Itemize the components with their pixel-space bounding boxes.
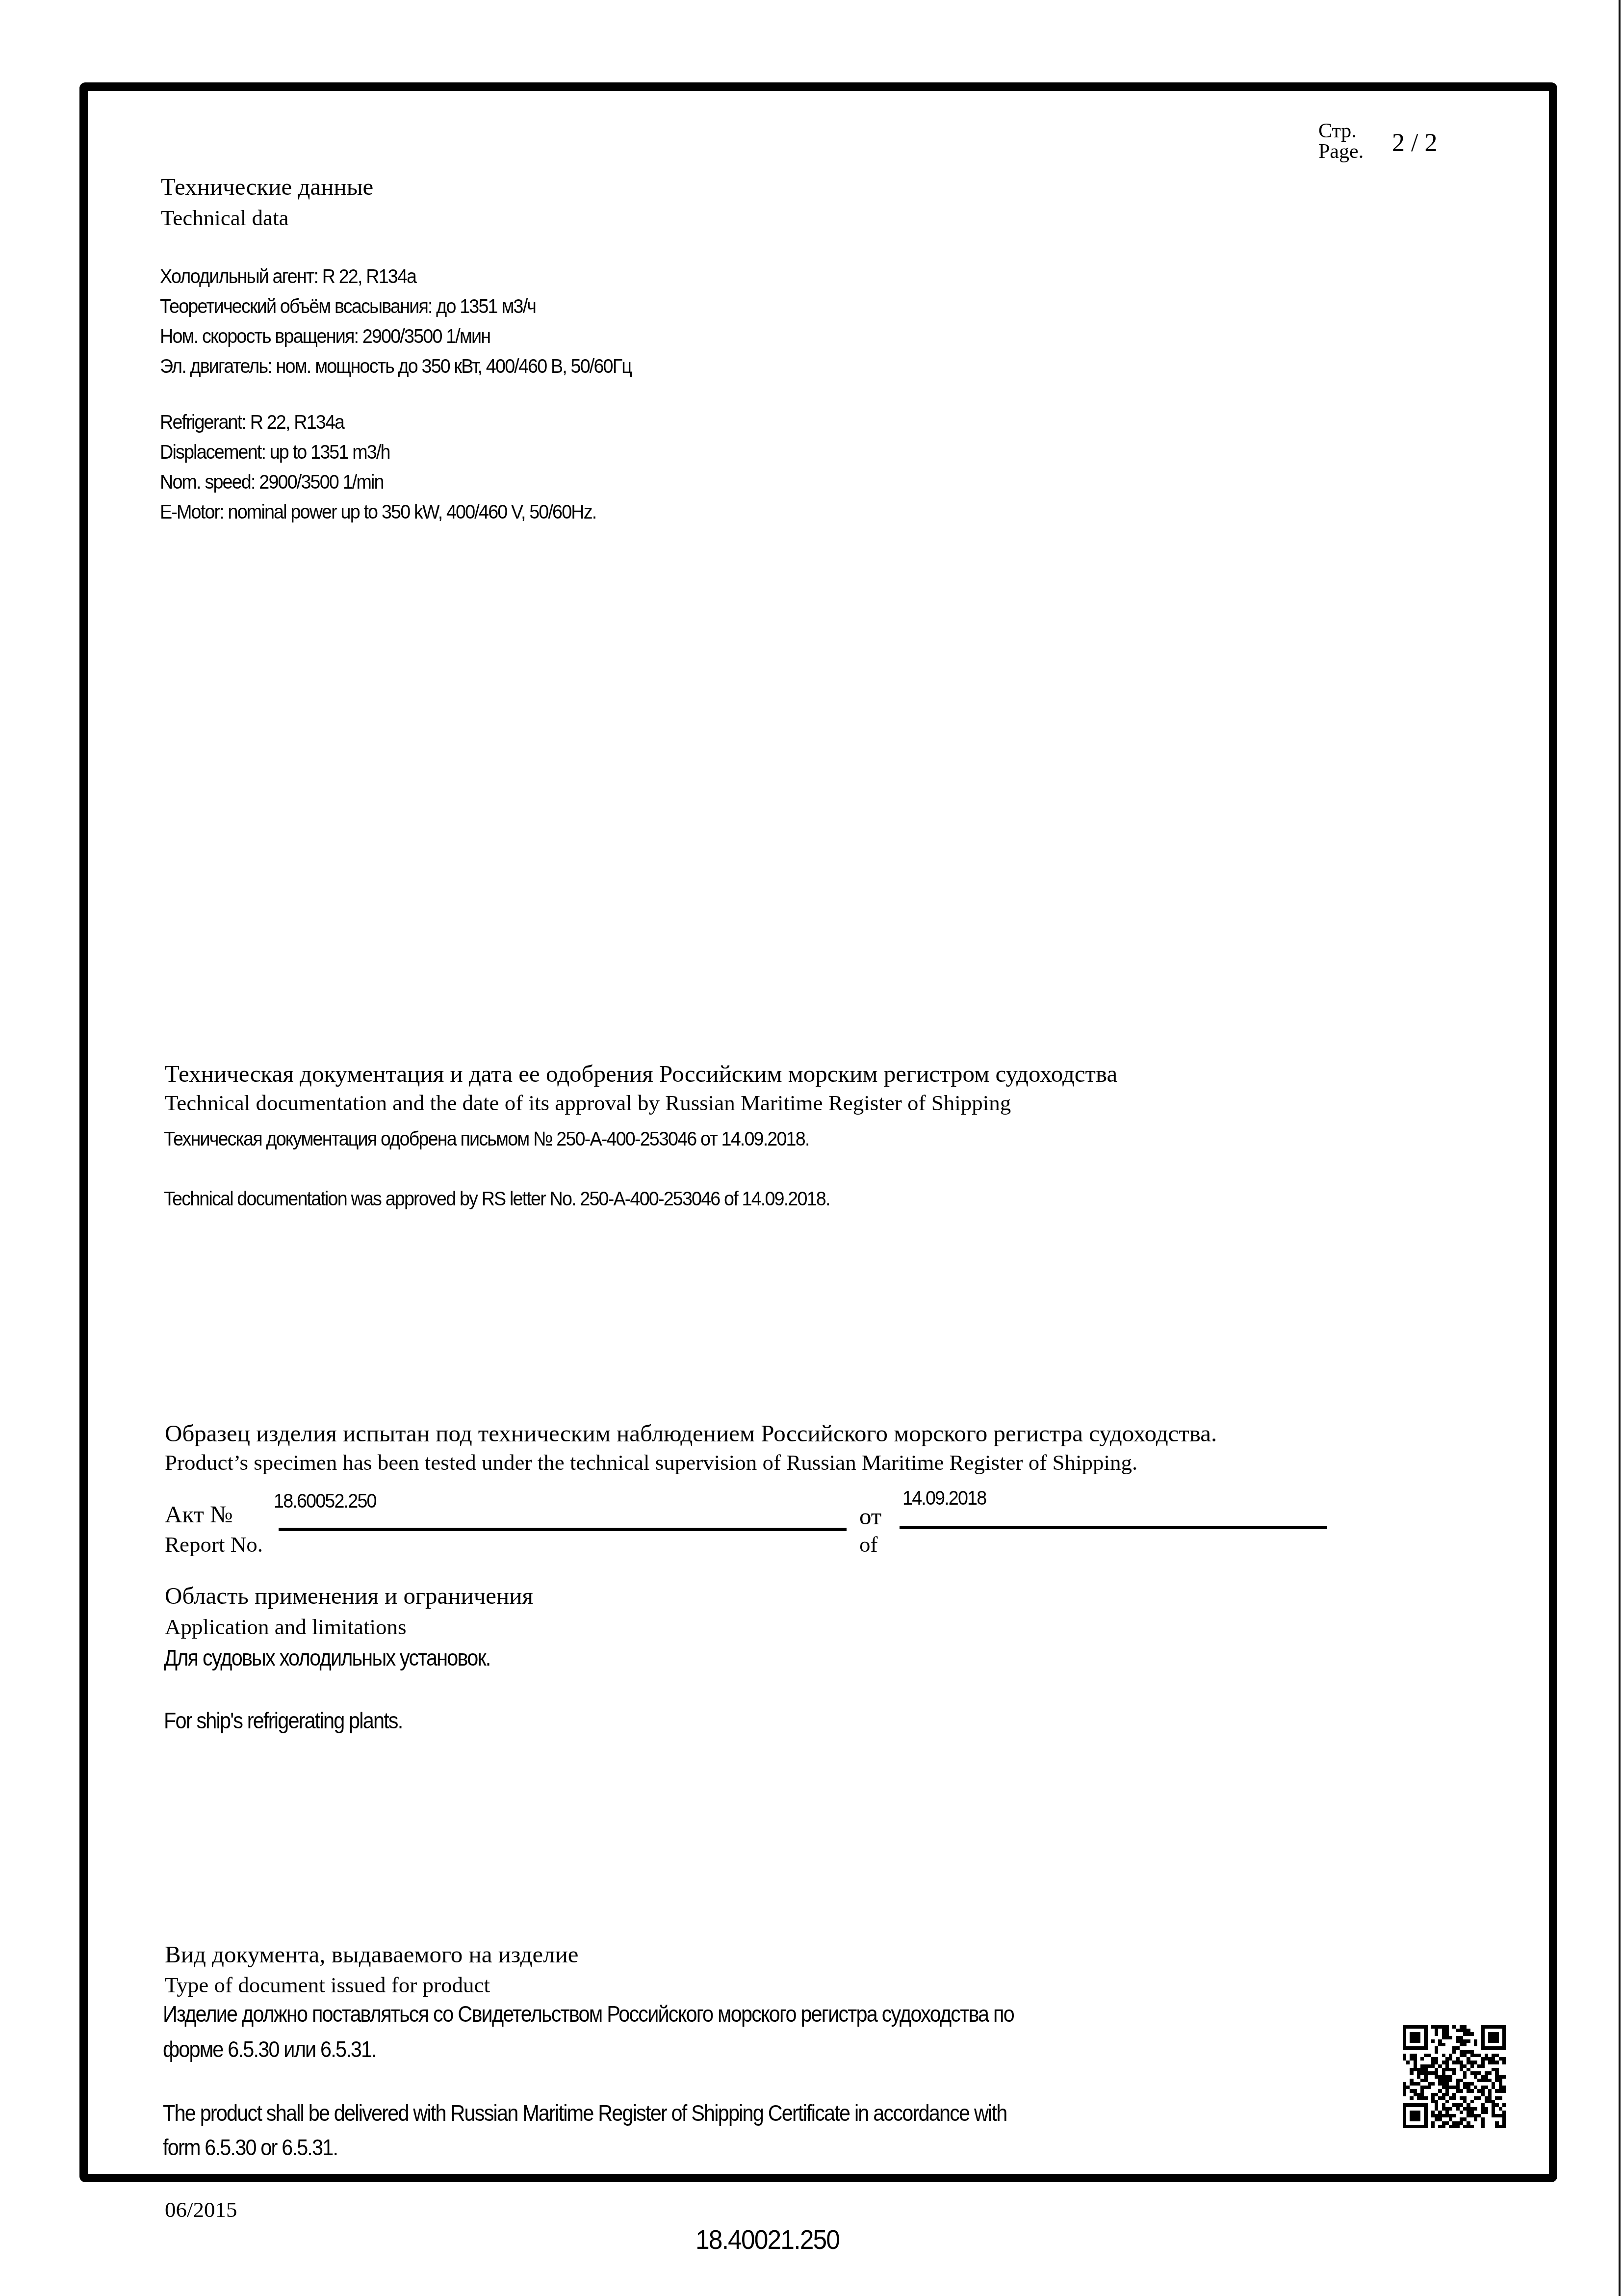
scan-edge-line [1619, 0, 1621, 2296]
documentation-title-ru: Техническая документация и дата ее одобр… [165, 1060, 1117, 1088]
spec-displacement-en: Displacement: up to 1351 m3/h [160, 437, 596, 467]
application-title-ru: Область применения и ограничения [165, 1582, 533, 1610]
report-label-en: Report No. [165, 1532, 263, 1557]
of-label-ru: от [859, 1502, 881, 1530]
qr-code-icon [1403, 2025, 1506, 2128]
application-value-ru: Для судовых холодильных установок. [164, 1644, 490, 1671]
documentation-value-en: Technical documentation was approved by … [164, 1187, 830, 1210]
document-number: 18.40021.250 [695, 2223, 839, 2255]
report-date: 14.09.2018 [902, 1487, 986, 1510]
document-type-value-en-line2: form 6.5.30 or 6.5.31. [163, 2134, 337, 2161]
document-type-title-ru: Вид документа, выдаваемого на изделие [165, 1940, 579, 1968]
spec-motor-ru: Эл. двигатель: ном. мощность до 350 кВт,… [160, 351, 631, 381]
documentation-value-ru: Техническая документация одобрена письмо… [164, 1127, 809, 1150]
report-label-ru: Акт № [165, 1500, 233, 1528]
spec-motor-en: E-Motor: nominal power up to 350 kW, 400… [160, 497, 596, 527]
application-value-en: For ship's refrigerating plants. [164, 1707, 402, 1734]
documentation-title-en: Technical documentation and the date of … [165, 1090, 1011, 1116]
report-number-underline [279, 1528, 847, 1531]
spec-refrigerant-ru: Холодильный агент: R 22, R134a [160, 261, 631, 291]
report-number: 18.60052.250 [274, 1489, 376, 1513]
document-type-title-en: Type of document issued for product [165, 1972, 490, 1998]
technical-data-title-en: Technical data [161, 205, 288, 231]
of-label-en: of [859, 1532, 878, 1557]
specimen-title-ru: Образец изделия испытан под техническим … [165, 1419, 1217, 1447]
technical-data-list-ru: Холодильный агент: R 22, R134a Теоретиче… [160, 261, 631, 381]
application-title-en: Application and limitations [165, 1614, 406, 1640]
spec-speed-en: Nom. speed: 2900/3500 1/min [160, 467, 596, 497]
spec-displacement-ru: Теоретический объём всасывания: до 1351 … [160, 291, 631, 321]
technical-data-list-en: Refrigerant: R 22, R134a Displacement: u… [160, 407, 596, 527]
document-type-value-en-line1: The product shall be delivered with Russ… [163, 2100, 1006, 2126]
technical-data-title-ru: Технические данные [161, 173, 373, 201]
report-date-underline [900, 1526, 1327, 1529]
form-date: 06/2015 [165, 2197, 237, 2222]
page-label: Стр. Page. [1318, 121, 1364, 162]
page-label-en: Page. [1318, 141, 1364, 162]
page-number: 2 / 2 [1392, 129, 1437, 157]
spec-refrigerant-en: Refrigerant: R 22, R134a [160, 407, 596, 437]
document-type-value-ru-line2: форме 6.5.30 или 6.5.31. [163, 2036, 376, 2062]
spec-speed-ru: Ном. скорость вращения: 2900/3500 1/мин [160, 321, 631, 351]
page-label-ru: Стр. [1318, 121, 1364, 141]
specimen-title-en: Product’s specimen has been tested under… [165, 1450, 1137, 1475]
document-type-value-ru-line1: Изделие должно поставляться со Свидетель… [163, 2001, 1014, 2027]
